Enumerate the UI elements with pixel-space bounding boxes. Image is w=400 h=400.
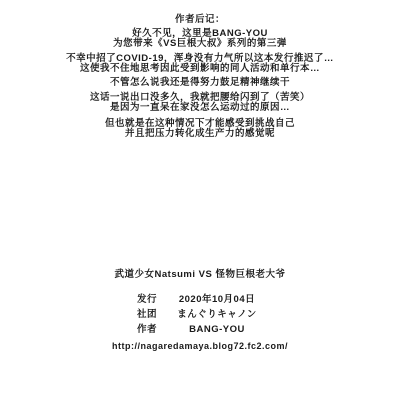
afterword-line: 不管怎么说我还是得努力鼓足精神继续干 xyxy=(110,77,290,88)
afterword-paragraph: 不管怎么说我还是得努力鼓足精神继续干 xyxy=(0,78,400,88)
book-title: 武道少女Natsumi VS 怪物巨根老大爷 xyxy=(0,270,400,280)
colophon-row-circle: 社团 まんぐりキャノン xyxy=(137,307,263,322)
author-label: 作者 xyxy=(137,325,171,335)
afterword-section: 作者后记： 好久不见，这里是BANG-YOU 为您带来《VS巨根大叔》系列的第三… xyxy=(0,15,400,139)
circle-label: 社团 xyxy=(137,310,171,320)
afterword-line: 为您带来《VS巨根大叔》系列的第三弹 xyxy=(113,38,287,49)
author-value: BANG-YOU xyxy=(171,325,263,335)
afterword-paragraph: 这话一说出口没多久，我就把腰给闪到了（苦笑） 是因为一直呆在家没怎么运动过的原因… xyxy=(0,93,400,113)
afterword-paragraph: 好久不见，这里是BANG-YOU 为您带来《VS巨根大叔》系列的第三弹 xyxy=(0,29,400,49)
scanned-page: 作者后记： 好久不见，这里是BANG-YOU 为您带来《VS巨根大叔》系列的第三… xyxy=(0,0,400,400)
afterword-line: 是因为一直呆在家没怎么运动过的原因… xyxy=(110,102,290,113)
afterword-paragraph: 不幸中招了COVID-19，浑身没有力气所以这本发行推迟了… 这使我不住地思考因… xyxy=(0,54,400,74)
afterword-line: 这使我不住地思考因此受到影响的同人活动和单行本… xyxy=(80,63,320,74)
afterword-line: 并且把压力转化成生产力的感觉呢 xyxy=(125,128,275,139)
site-url: http://nagaredamaya.blog72.fc2.com/ xyxy=(0,341,400,351)
colophon-row-publish-date: 发行 2020年10月04日 xyxy=(137,292,263,307)
publish-date-value: 2020年10月04日 xyxy=(171,295,263,305)
circle-value: まんぐりキャノン xyxy=(171,310,263,320)
colophon-rows: 发行 2020年10月04日 社团 まんぐりキャノン 作者 BANG-YOU xyxy=(137,292,263,337)
colophon-section: 武道少女Natsumi VS 怪物巨根老大爷 发行 2020年10月04日 社团… xyxy=(0,270,400,351)
afterword-heading: 作者后记： xyxy=(0,15,400,25)
afterword-paragraph: 但也就是在这种情况下才能感受到挑战自己 并且把压力转化成生产力的感觉呢 xyxy=(0,119,400,139)
colophon-row-author: 作者 BANG-YOU xyxy=(137,322,263,337)
publish-date-label: 发行 xyxy=(137,295,171,305)
